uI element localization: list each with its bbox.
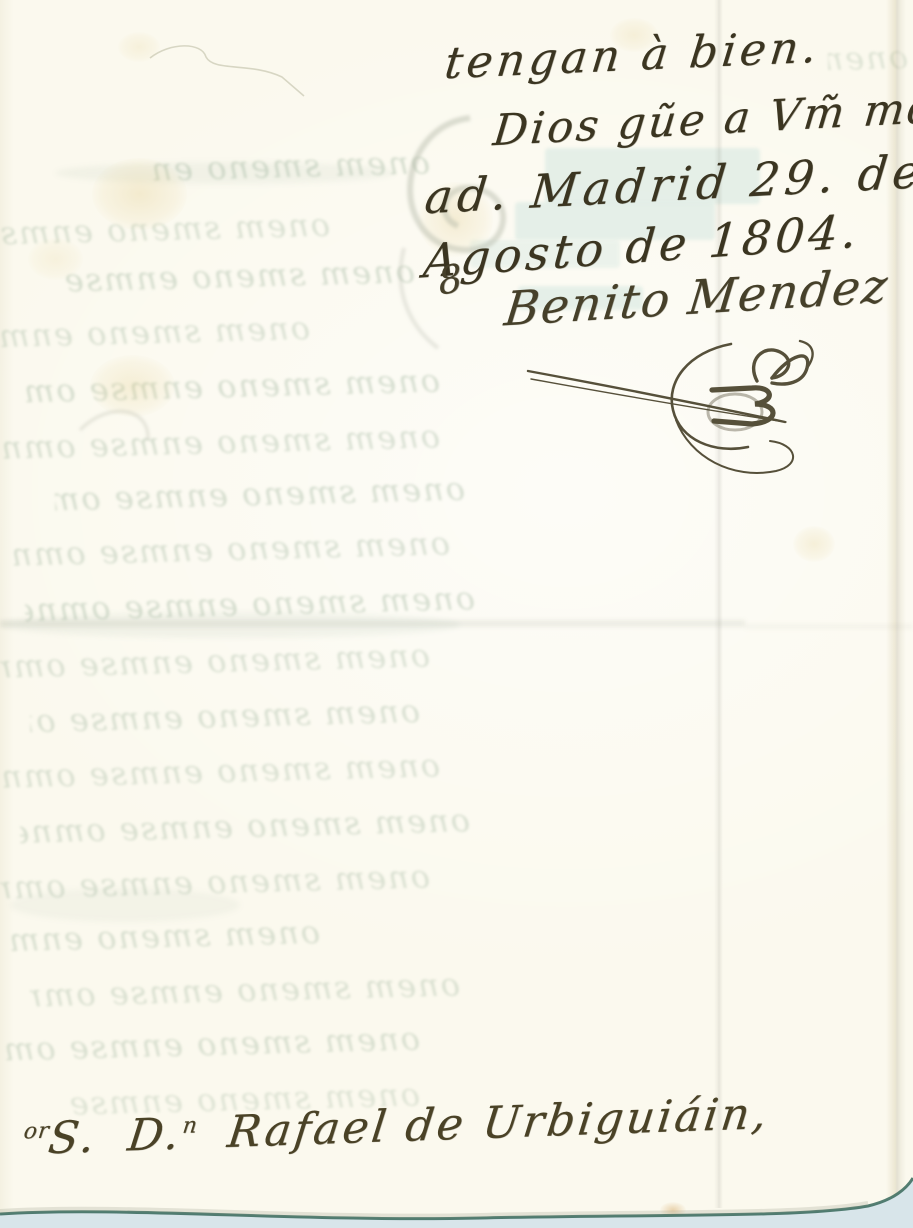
showthrough-line: onem smeno enmse omne semn onmes enm osn…: [30, 695, 421, 737]
scanned-letter-page: onem smeno enmse omne semn onmes enm osn…: [0, 0, 913, 1228]
showthrough-line: onem smeno enmse omne semn onmes enm osn…: [0, 312, 310, 352]
fold-crease-horizontal: [0, 620, 745, 627]
showthrough-line: onem smeno enmse omne semn onmes enm osn…: [0, 1023, 420, 1066]
showthrough-line: onem smeno enmse omne semn onmes enm osn…: [20, 804, 471, 848]
showthrough-line: onem smeno enmse omne semn onmes enm osn…: [0, 209, 330, 250]
showthrough-smudge: [55, 162, 395, 184]
showthrough-line: onem smeno enmse omne semn onmes enm osn…: [55, 473, 466, 516]
don-abbrev: D.n: [125, 1108, 200, 1162]
showthrough-smudge: [10, 888, 240, 922]
showthrough-line: onem smeno enmse omne semn onmes enm osn…: [20, 365, 441, 408]
showthrough-line: onem smeno enmse omne semn onmes enm osn…: [10, 527, 451, 571]
paraph-mark: 8: [436, 255, 464, 304]
senor-abbrev: orS.: [20, 1111, 101, 1165]
fold-crease-horizontal: [745, 624, 913, 629]
showthrough-line: onem smeno enmse omne semn onmes enm osn…: [0, 420, 440, 464]
showthrough-line: onem smeno enmse omne semn onmes enm osn…: [55, 255, 416, 296]
showthrough-line: onem smeno enmse omne semn onmes enm osn…: [150, 146, 431, 185]
showthrough-line: onem smeno enmse omne semn onmes enm osn…: [0, 639, 430, 682]
showthrough-line: onem smeno enmse omne semn onmes enm osn…: [10, 916, 321, 956]
showthrough-line: onem smeno enmse omne semn onmes enm osn…: [0, 860, 430, 903]
showthrough-line: onem smeno enmse omne semn onmes enm osn…: [30, 968, 461, 1011]
showthrough-line: onem smeno enmse omne semn onmes enm osn…: [0, 749, 440, 793]
